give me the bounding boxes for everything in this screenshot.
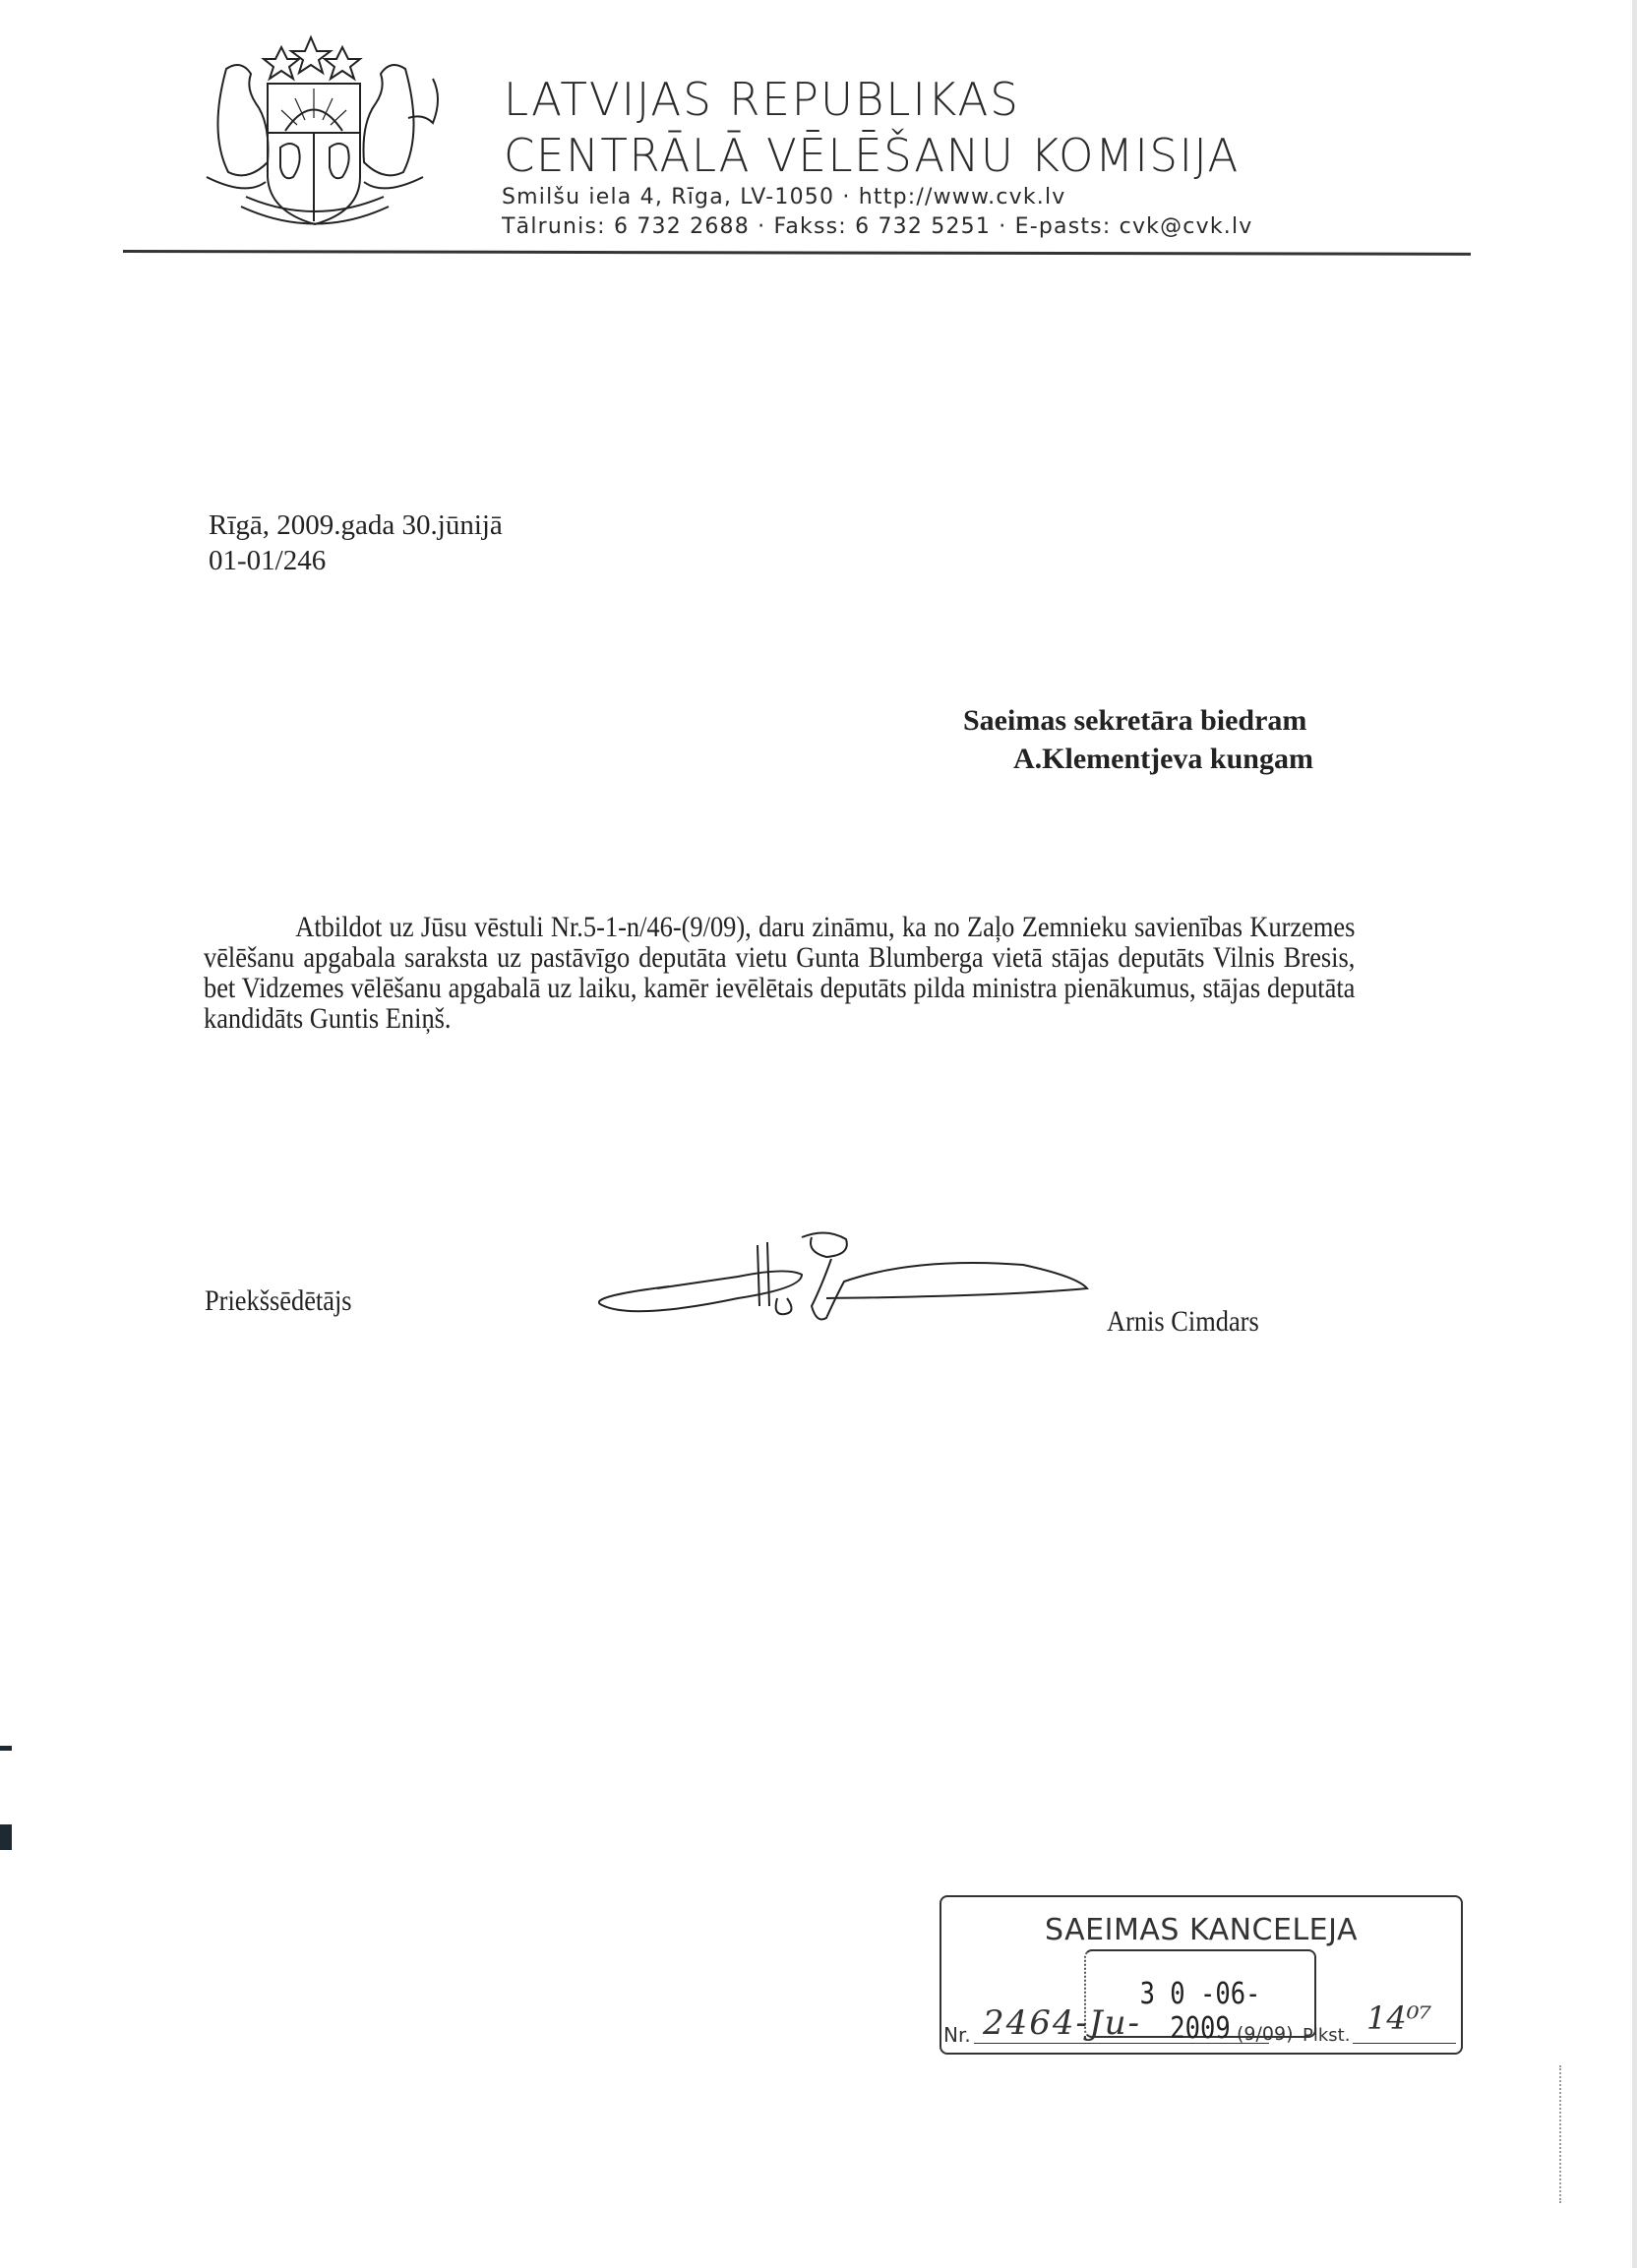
scan-mark	[0, 1824, 12, 1850]
org-name-line2: CENTRĀLĀ VĒLĒŠANU KOMISIJA	[504, 133, 1240, 178]
stamp-time-label: Plkst.	[1303, 2025, 1350, 2046]
org-address: Smilšu iela 4, Rīga, LV-1050 · http://ww…	[502, 187, 1066, 209]
latvia-coat-of-arms-icon	[187, 30, 453, 236]
org-contact: Tālrunis: 6 732 2688 · Fakss: 6 732 5251…	[502, 216, 1253, 238]
stamp-nr-suffix: (9/09)	[1237, 2023, 1294, 2045]
scan-edge-left	[0, 0, 14, 2268]
signer-title: Priekšsēdētājs	[205, 1284, 352, 1318]
handwritten-signature-icon	[590, 1227, 1112, 1326]
scan-artifact	[1559, 2065, 1563, 2203]
org-name-line1: LATVIJAS REPUBLIKAS	[504, 77, 1020, 122]
stamp-nr-value: 2464-Ju-	[983, 2003, 1141, 2043]
registration-stamp: SAEIMAS KANCELEJA 3 0 -06- 2009 Nr. 2464…	[940, 1895, 1463, 2055]
addressee-name: A.Klementjeva kungam	[1013, 745, 1313, 774]
signer-name: Arnis Cimdars	[1107, 1305, 1259, 1339]
stamp-title: SAEIMAS KANCELEJA	[941, 1913, 1461, 1947]
letter-body: Atbildot uz Jūsu vēstuli Nr.5-1-n/46-(9/…	[204, 912, 1355, 1034]
scan-mark	[0, 1746, 12, 1751]
letter-reference: 01-01/246	[209, 547, 326, 575]
letter-date: Rīgā, 2009.gada 30.jūnijā	[209, 511, 503, 540]
header-divider	[123, 250, 1471, 256]
stamp-nr-underline	[974, 2043, 1269, 2044]
scan-edge-right	[1632, 0, 1637, 2268]
stamp-nr-label: Nr.	[943, 2023, 971, 2047]
addressee-title: Saeimas sekretāra biedram	[963, 706, 1306, 736]
stamp-time-underline	[1353, 2043, 1456, 2044]
body-paragraph: Atbildot uz Jūsu vēstuli Nr.5-1-n/46-(9/…	[204, 911, 1355, 1035]
stamp-time-value: 14⁰⁷	[1366, 1999, 1431, 2037]
